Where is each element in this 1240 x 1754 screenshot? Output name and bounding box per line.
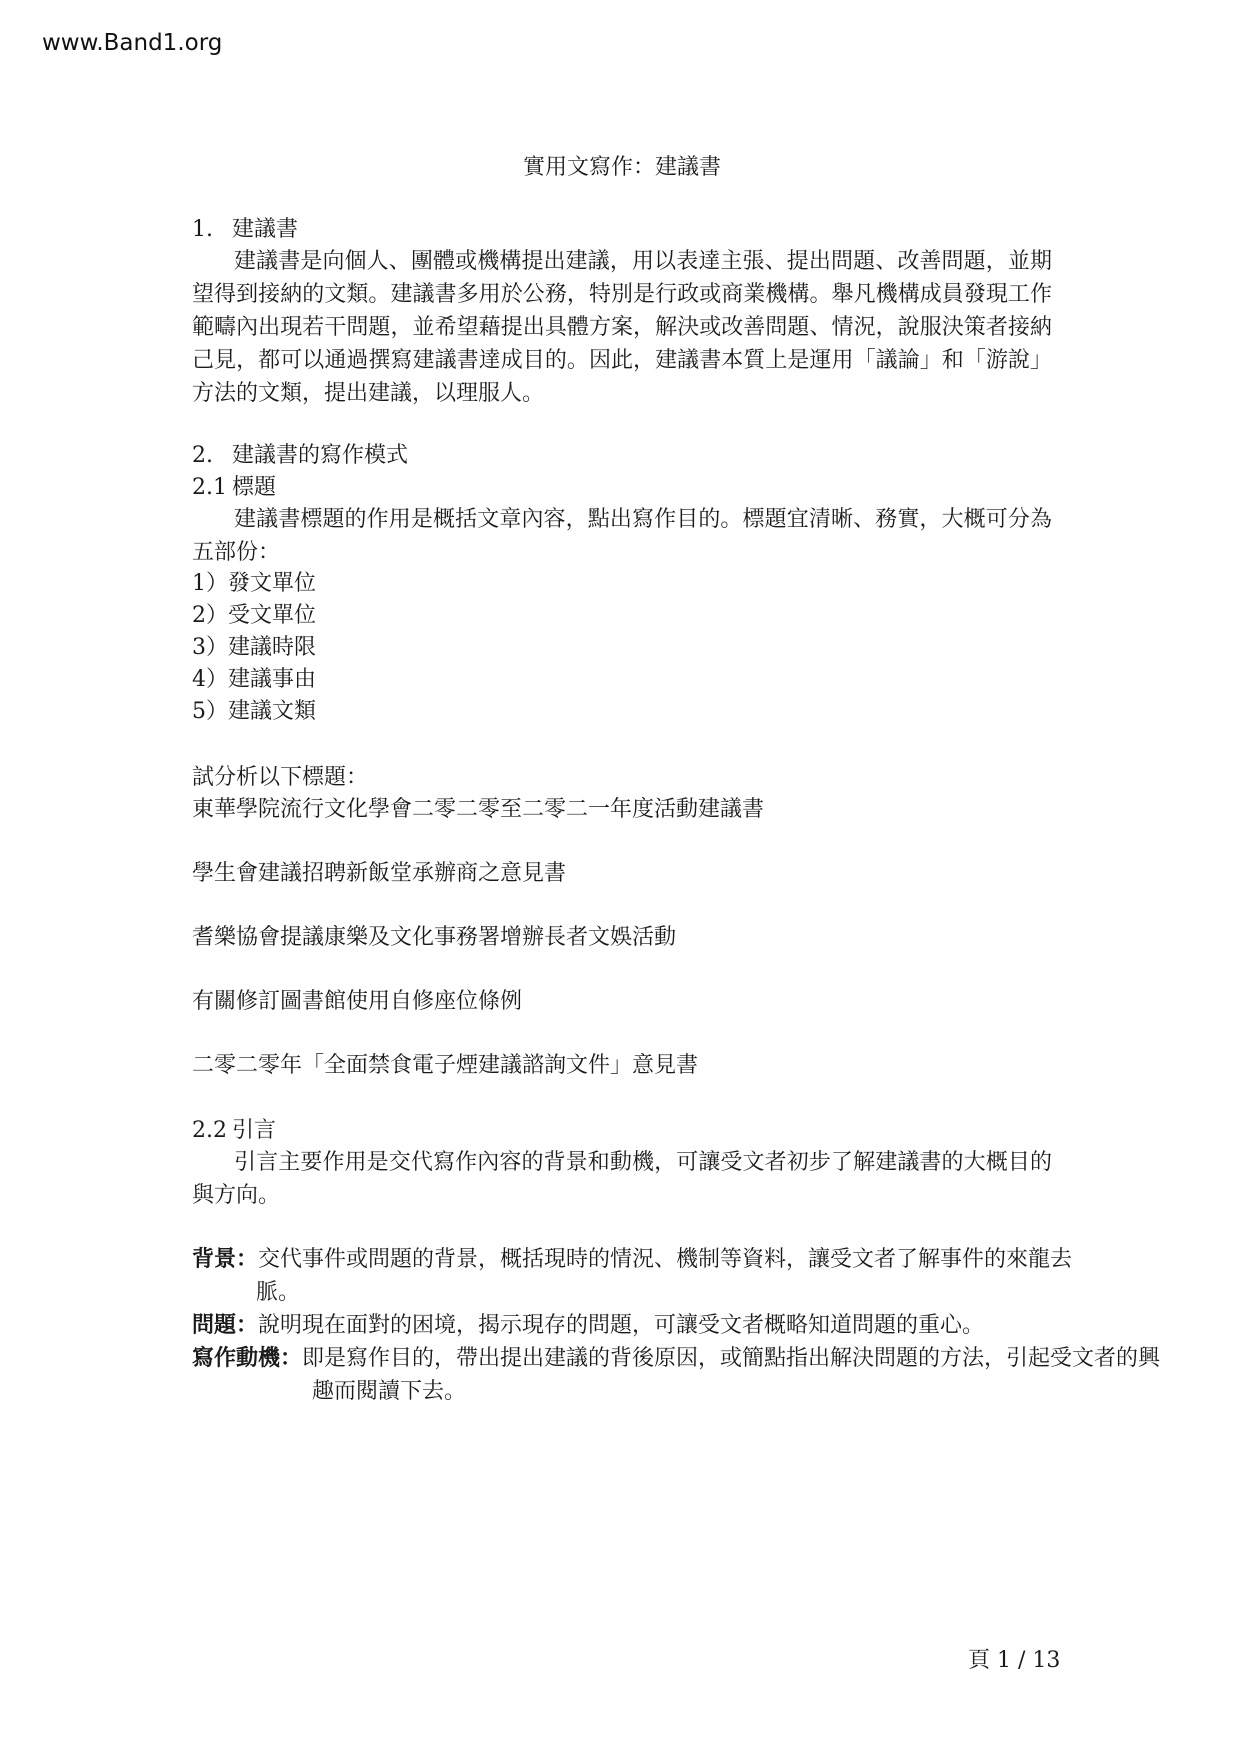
example-title: 東華學院流行文化學會二零二零至二零二一年度活動建議書 bbox=[192, 794, 764, 826]
section-number: 2.1 bbox=[192, 472, 232, 504]
exercise-label: 試分析以下標題： bbox=[192, 762, 368, 794]
definition-background: 背景：交代事件或問題的背景，概括現時的情況、機制等資料，讓受文者了解事件的來龍去… bbox=[192, 1243, 1116, 1309]
section-1-paragraph: 建議書是向個人、團體或機構提出建議，用以表達主張、提出問題、改善問題，並期望得到… bbox=[192, 245, 1052, 410]
definition-motivation: 寫作動機：即是寫作目的，帶出提出建議的背後原因，或簡點指出解決問題的方法，引起受… bbox=[192, 1342, 1172, 1408]
title-part-item: 5）建議文類 bbox=[192, 696, 316, 728]
section-2-1-paragraph: 建議書標題的作用是概括文章內容，點出寫作目的。標題宜清晰、務實，大概可分為五部份… bbox=[192, 503, 1052, 569]
section-title: 建議書的寫作模式 bbox=[232, 443, 408, 468]
page-number: 頁 1 / 13 bbox=[968, 1643, 1060, 1674]
section-number: 2.2 bbox=[192, 1115, 232, 1147]
definition-text: 交代事件或問題的背景，概括現時的情況、機制等資料，讓受文者了解事件的來龍去脈。 bbox=[256, 1247, 1072, 1305]
title-part-item: 4）建議事由 bbox=[192, 664, 316, 696]
definition-term: 背景： bbox=[192, 1246, 258, 1272]
section-number: 1. bbox=[192, 214, 232, 246]
definition-text: 說明現在面對的困境，揭示現存的問題，可讓受文者概略知道問題的重心。 bbox=[258, 1313, 984, 1338]
section-number: 2. bbox=[192, 440, 232, 472]
definition-text: 即是寫作目的，帶出提出建議的背後原因，或簡點指出解決問題的方法，引起受文者的興趣… bbox=[302, 1346, 1160, 1404]
section-title: 標題 bbox=[232, 475, 276, 500]
title-part-item: 1）發文單位 bbox=[192, 568, 316, 600]
definition-term: 寫作動機： bbox=[192, 1345, 302, 1371]
example-title: 學生會建議招聘新飯堂承辦商之意見書 bbox=[192, 858, 566, 890]
example-title: 有關修訂圖書館使用自修座位條例 bbox=[192, 986, 522, 1018]
section-2-heading: 2.建議書的寫作模式 bbox=[192, 440, 408, 472]
definition-problem: 問題：說明現在面對的困境，揭示現存的問題，可讓受文者概略知道問題的重心。 bbox=[192, 1309, 1116, 1342]
section-2-2-heading: 2.2引言 bbox=[192, 1115, 276, 1147]
section-2-1-heading: 2.1標題 bbox=[192, 472, 276, 504]
definition-term: 問題： bbox=[192, 1312, 258, 1338]
section-2-2-paragraph: 引言主要作用是交代寫作內容的背景和動機，可讓受文者初步了解建議書的大概目的與方向… bbox=[192, 1146, 1052, 1212]
section-1-heading: 1.建議書 bbox=[192, 214, 298, 246]
section-title: 引言 bbox=[232, 1118, 276, 1143]
title-part-item: 3）建議時限 bbox=[192, 632, 316, 664]
example-title: 耆樂協會提議康樂及文化事務署增辦長者文娛活動 bbox=[192, 922, 676, 954]
example-title: 二零二零年「全面禁食電子煙建議諮詢文件」意見書 bbox=[192, 1050, 698, 1082]
title-part-item: 2）受文單位 bbox=[192, 600, 316, 632]
site-url: www.Band1.org bbox=[42, 30, 222, 56]
document-title: 實用文寫作：建議書 bbox=[192, 150, 1052, 181]
section-title: 建議書 bbox=[232, 217, 298, 242]
